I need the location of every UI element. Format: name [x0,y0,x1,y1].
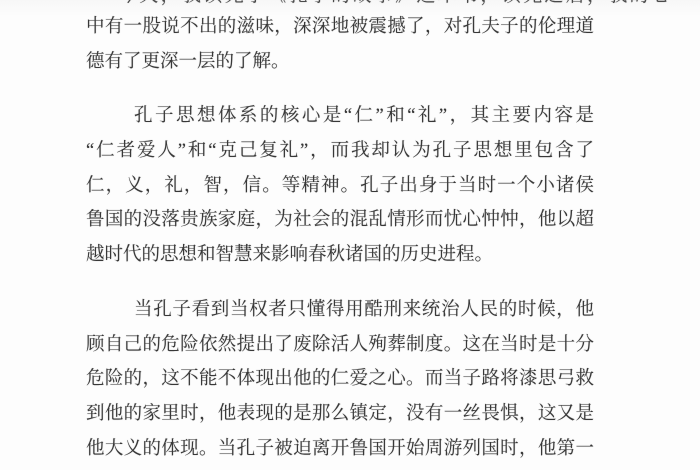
text-line: “仁者爱人”和“克己复礼”，而我却认为孔子思想里包含了 [86,134,594,169]
clipped-text-line-glyphs: 今天，我读完了《孔子的故事》这本书，读完之后，我的心 [118,0,670,7]
paragraph-3: 当孔子看到当权者只懂得用酷刑来统治人民的时候，他不 顾自己的危险依然提出了废除活… [86,293,594,466]
essay-body: 中有一股说不出的滋味，深深地被震撼了，对孔夫子的伦理道 德有了更深一层的了解。 … [86,10,594,466]
text-line: 危险的，这不能不体现出他的仁爱之心。而当子路将漆思弓救 [86,362,594,397]
text-line: 他大义的体现。当孔子被迫离开鲁国开始周游列国时，他第一 [86,432,594,467]
text-line: 到他的家里时，他表现的是那么镇定，没有一丝畏惧，这又是 [86,397,594,432]
text-line: 中有一股说不出的滋味，深深地被震撼了，对孔夫子的伦理道 [86,10,594,45]
text-line: 仁，义，礼，智，信。等精神。孔子出身于当时一个小诸侯国。 [86,169,594,204]
paragraph-1: 中有一股说不出的滋味，深深地被震撼了，对孔夫子的伦理道 德有了更深一层的了解。 [86,10,594,79]
clipped-text-line: 今天，我读完了《孔子的故事》这本书，读完之后，我的心 [118,0,670,7]
text-line: 德有了更深一层的了解。 [86,45,594,80]
text-line: 越时代的思想和智慧来影响春秋诸国的历史进程。 [86,238,594,273]
text-line: 鲁国的没落贵族家庭，为社会的混乱情形而忧心忡忡，他以超 [86,203,594,238]
text-line: 孔子思想体系的核心是“仁”和“礼”，其主要内容是 [86,99,594,134]
paragraph-2: 孔子思想体系的核心是“仁”和“礼”，其主要内容是 “仁者爱人”和“克己复礼”，而… [86,99,594,272]
text-line: 当孔子看到当权者只懂得用酷刑来统治人民的时候，他不 [86,293,594,328]
scanned-document-page: 今天，我读完了《孔子的故事》这本书，读完之后，我的心 中有一股说不出的滋味，深深… [0,0,700,470]
text-line: 顾自己的危险依然提出了废除活人殉葬制度。这在当时是十分 [86,328,594,363]
